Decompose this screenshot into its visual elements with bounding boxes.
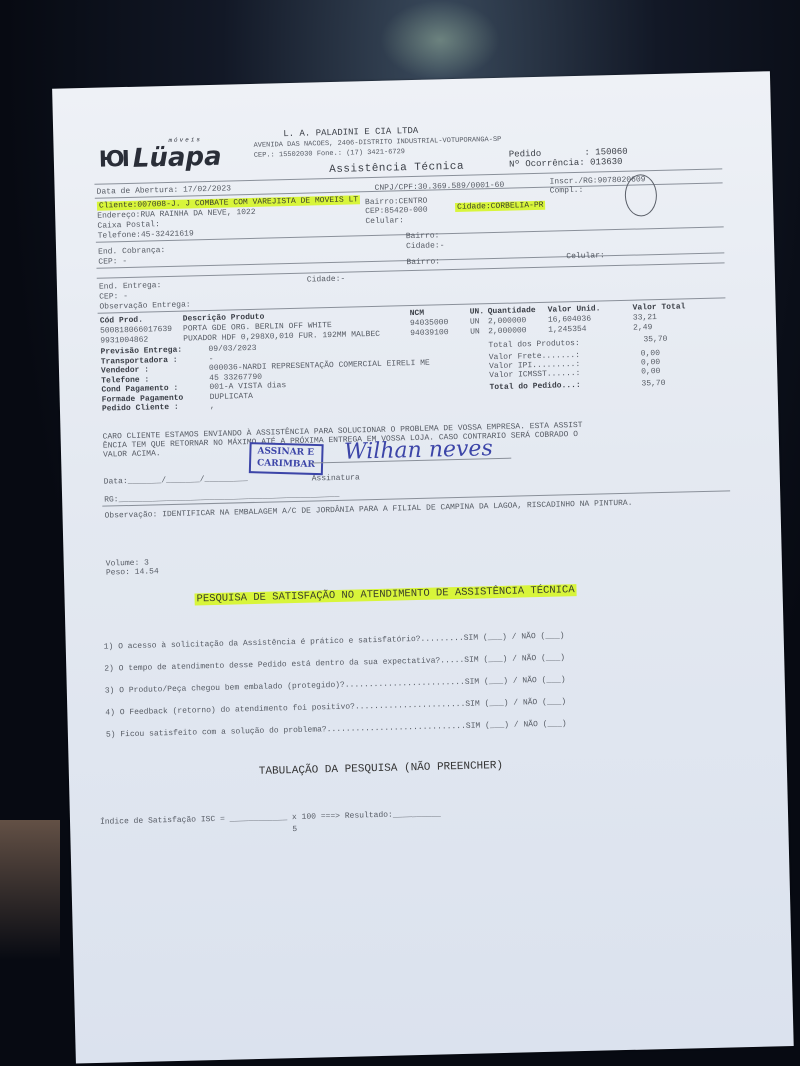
table-cell: 9931004862: [100, 335, 148, 345]
table-cell: 94039100: [410, 328, 449, 338]
tabulation-title: TABULAÇÃO DA PESQUISA (NÃO PREENCHER): [259, 760, 503, 779]
client-compl: Compl.:: [550, 186, 584, 196]
logo-tagline: móveis: [168, 137, 202, 145]
table-cell: UN: [470, 317, 480, 326]
billing-cep: CEP: -: [98, 257, 127, 267]
survey-question[interactable]: 4) O Feedback (retorno) do atendimento f…: [105, 697, 566, 717]
notice-line-3: VALOR ACIMA.: [103, 449, 161, 460]
handwritten-circle-mark: [624, 174, 657, 217]
order-field-value: ,: [210, 402, 215, 411]
table-cell: 33,21: [633, 313, 657, 323]
table-cell: 500818066017639: [100, 325, 172, 336]
table-cell: 2,000000: [488, 326, 527, 336]
background-reflection: [0, 820, 60, 960]
company-logo: ЮI Lüapa móveis: [99, 143, 222, 176]
order-field-label: Pedido Cliente :: [102, 403, 179, 414]
assistance-form-document: ЮI Lüapa móveis L. A. PALADINI E CIA LTD…: [52, 71, 794, 1063]
date-field[interactable]: Data:_______/_______/_________: [104, 474, 248, 487]
order-field-value: 001-A VISTA dias: [209, 381, 286, 392]
sign-stamp: ASSINAR ECARIMBAR: [249, 442, 324, 475]
total-label: Valor ICMSST......:: [489, 369, 580, 380]
order-field-value: DUPLICATA: [210, 391, 253, 401]
client-city: Cidade:CORBELIA-PR: [455, 201, 546, 212]
table-header: UN.: [470, 307, 485, 317]
table-cell: 1,245354: [548, 325, 587, 335]
survey-title: PESQUISA DE SATISFAÇÃO NO ATENDIMENTO DE…: [194, 584, 576, 605]
total-value: 0,00: [641, 367, 660, 377]
occurrence-number: Nº Ocorrência: 013630: [509, 157, 623, 170]
survey-question[interactable]: 1) O acesso à solicitação da Assistência…: [104, 631, 565, 651]
client-cep: CEP:85420-000: [365, 206, 428, 217]
table-cell: 16,604036: [548, 315, 591, 325]
table-cell: 2,49: [633, 323, 652, 333]
logo-mark-icon: ЮI: [99, 147, 128, 173]
client-cnpj: CNPJ/CPF:30.369.589/0001-60: [375, 181, 505, 193]
table-cell: 94035000: [410, 318, 449, 328]
delivery-cep: CEP: -: [99, 292, 128, 302]
background-glare: [380, 0, 500, 80]
table-header: NCM: [410, 309, 425, 319]
total-value: 35,70: [641, 379, 665, 389]
total-products-value: 35,70: [643, 335, 667, 345]
total-label: Total do Pedido...:: [489, 381, 580, 392]
table-header: Quantidade: [488, 306, 536, 316]
table-header: Valor Total: [633, 302, 686, 312]
company-cep-phone: CEP.: 15502030 Fone.: (17) 3421-6729: [254, 148, 405, 160]
survey-question[interactable]: 5) Ficou satisfeito com a solução do pro…: [106, 719, 567, 739]
order-field-value: -: [209, 354, 214, 363]
client-caixa-postal: Caixa Postal:: [97, 220, 160, 231]
order-field-value: 000036-NARDI REPRESENTAÇÃO COMERCIAL EIR…: [209, 359, 430, 374]
order-field-value: 09/03/2023: [208, 344, 256, 354]
survey-question[interactable]: 2) O tempo de atendimento desse Pedido e…: [104, 653, 565, 673]
table-header: Valor Unid.: [548, 304, 601, 314]
survey-question[interactable]: 3) O Produto/Peça chegou bem embalado (p…: [105, 675, 566, 695]
order-field-label: Transportadora :: [101, 355, 178, 366]
weight: Peso: 14.54: [106, 567, 159, 577]
client-cellphone: Celular:: [365, 216, 404, 226]
satisfaction-index-formula: Índice de Satisfação ISC = ____________ …: [100, 809, 441, 827]
delivery-address: End. Entrega:: [99, 281, 162, 292]
billing-bairro: Bairro:: [406, 231, 440, 241]
table-header: Cód Prod.: [100, 316, 143, 326]
delivery-city: Cidade:-: [307, 275, 346, 285]
signature-label: Assinatura: [312, 473, 360, 483]
formula-denominator: 5: [292, 825, 297, 834]
total-products-label: Total dos Produtos:: [488, 339, 579, 350]
table-cell: UN: [470, 327, 480, 336]
table-cell: 2,000000: [488, 316, 527, 326]
billing-address: End. Cobrança:: [98, 246, 165, 257]
billing-city: Cidade:-: [406, 241, 445, 251]
logo-wordmark: Lüapa: [133, 143, 222, 175]
delivery-cellphone: Celular:: [566, 251, 605, 261]
delivery-bairro: Bairro:: [406, 257, 440, 267]
